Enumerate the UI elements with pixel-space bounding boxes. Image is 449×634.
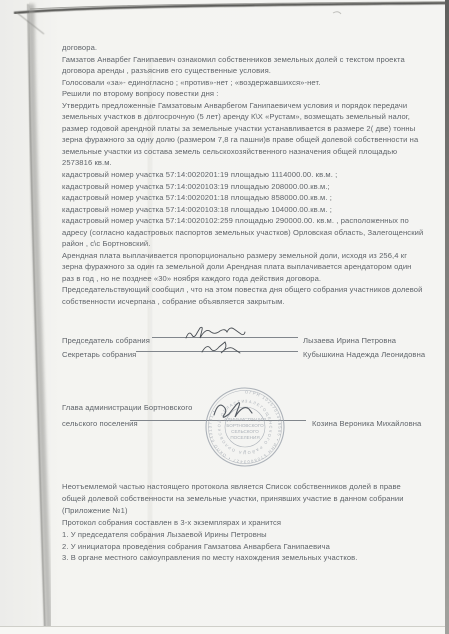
protocol-closing-text: Неотъемлемой частью настоящего протокола… xyxy=(62,481,444,564)
head-label-line1: Глава администрации Бортновского xyxy=(62,403,192,412)
page-right-edge xyxy=(445,0,449,634)
scanned-document-page: договора. Гамзатов Анварбег Ганипаевич о… xyxy=(0,0,449,634)
head-signature xyxy=(210,396,254,422)
page-bottom-edge xyxy=(0,626,445,634)
stamp-center-line-3: СЕЛЬСКОГО xyxy=(231,429,259,434)
stamp-center-line-2: БОРТНОВСКОГО xyxy=(226,423,264,428)
head-name: Козина Вероника Михайловна xyxy=(312,419,421,428)
stamp-center-line-4: ПОСЕЛЕНИЯ xyxy=(230,435,259,440)
secretary-label: Секретарь собрания xyxy=(62,350,136,359)
scan-smudge xyxy=(333,12,341,14)
head-label-line2: сельского поселения xyxy=(62,419,138,428)
chairman-name: Лызаева Ирина Петровна xyxy=(303,336,396,345)
secretary-name: Кубышкина Надежда Леонидовна xyxy=(303,350,425,359)
protocol-body-text: договора. Гамзатов Анварбег Ганипаевич о… xyxy=(62,42,444,308)
page-fold-shadow xyxy=(31,4,49,634)
chairman-label: Председатель собрания xyxy=(62,336,150,345)
secretary-signature xyxy=(198,340,244,358)
page-top-edge xyxy=(14,3,449,13)
